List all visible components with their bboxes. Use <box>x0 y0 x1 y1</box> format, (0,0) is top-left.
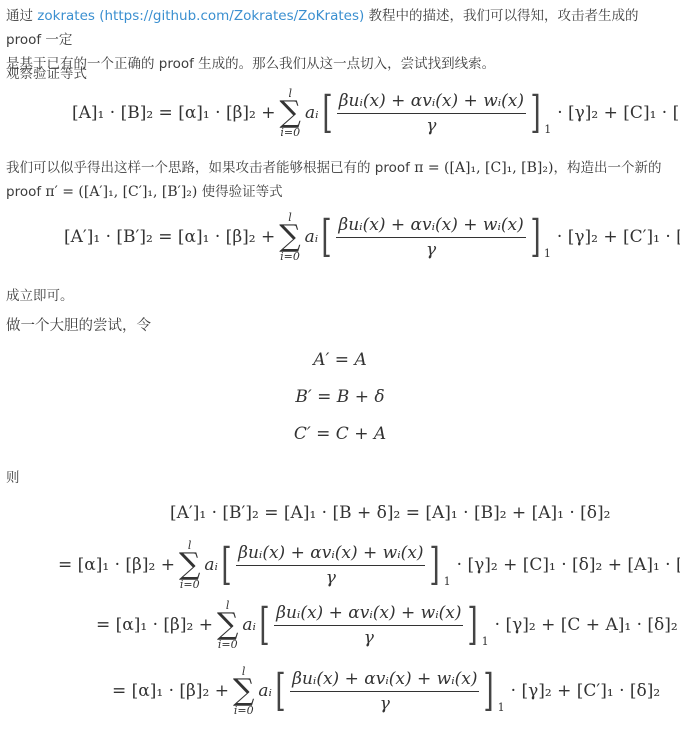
derivation-line-3: = [α]₁ · [β]₂ + l ∑ i=0 aᵢ [ βuᵢ(x) + αv… <box>96 600 678 650</box>
bracket-subscript: 1 <box>544 247 551 260</box>
zokrates-link[interactable]: zokrates <box>37 8 95 24</box>
idea-text1-end: ，构造出一个新的 <box>553 160 661 176</box>
bracket-subscript: 1 <box>544 123 551 136</box>
sum-lower: i=0 <box>180 579 200 590</box>
left-bracket: [ <box>322 91 332 135</box>
right-bracket: ] <box>484 669 494 713</box>
derivation-line-1: [A′]₁ · [B′]₂ = [A]₁ · [B + δ]₂ = [A]₁ ·… <box>170 503 610 523</box>
derivation-line-2: = [α]₁ · [β]₂ + l ∑ i=0 aᵢ [ βuᵢ(x) + αv… <box>58 540 680 590</box>
line4-rhs: · [γ]₂ + [C′]₁ · [δ]₂ <box>511 681 661 701</box>
idea-text2-end: 使得验证等式 <box>197 184 282 200</box>
attempt-label: 做一个大胆的尝试，令 <box>6 314 676 338</box>
verification-equation: [A]₁ · [B]₂ = [α]₁ · [β]₂ + l ∑ i=0 aᵢ [… <box>72 88 680 138</box>
bracket-subscript: 1 <box>444 575 451 588</box>
coefficient: aᵢ <box>258 681 272 701</box>
summation: l ∑ i=0 <box>280 88 301 138</box>
left-bracket: [ <box>259 603 269 647</box>
proof-pi-prime: π′ = ([A′]₁, [C′]₁, [B′]₂) <box>45 184 197 200</box>
bracket-subscript: 1 <box>482 635 489 648</box>
derivation-line-4: = [α]₁ · [β]₂ + l ∑ i=0 aᵢ [ βuᵢ(x) + αv… <box>112 666 660 716</box>
assignment-b: B′ = B + δ <box>0 387 680 407</box>
then-label: 则 <box>6 466 676 490</box>
coefficient: aᵢ <box>305 103 319 123</box>
denominator: γ <box>426 238 436 260</box>
proof-pi: π = ([A]₁, [C]₁, [B]₂) <box>414 160 553 176</box>
right-bracket: ] <box>430 543 440 587</box>
coefficient: aᵢ <box>305 227 319 247</box>
line3-lhs: = [α]₁ · [β]₂ + <box>96 615 213 635</box>
left-bracket: [ <box>275 669 285 713</box>
line2-rhs: · [γ]₂ + [C]₁ · [δ]₂ + [A]₁ · [δ]₂ <box>457 555 680 575</box>
denominator: γ <box>380 692 390 714</box>
sum-lower: i=0 <box>280 251 300 262</box>
eq2-lhs: [A′]₁ · [B′]₂ = [α]₁ · [β]₂ + <box>64 227 275 247</box>
summation: l ∑ i=0 <box>179 540 200 590</box>
sum-lower: i=0 <box>218 639 238 650</box>
sum-lower: i=0 <box>280 127 300 138</box>
fraction: βuᵢ(x) + αvᵢ(x) + wᵢ(x) γ <box>290 669 479 714</box>
sigma-symbol: ∑ <box>233 677 254 705</box>
left-bracket: [ <box>221 543 231 587</box>
bracket-subscript: 1 <box>498 701 505 714</box>
numerator: βuᵢ(x) + αvᵢ(x) + wᵢ(x) <box>236 543 425 566</box>
idea-paragraph: 我们可以似乎得出这样一个思路，如果攻击者能够根据已有的 proof π = ([… <box>6 156 676 204</box>
zokrates-github-link[interactable]: (https://github.com/Zokrates/ZoKrates) <box>99 8 364 24</box>
numerator: βuᵢ(x) + αvᵢ(x) + wᵢ(x) <box>336 215 525 238</box>
right-bracket: ] <box>530 215 540 259</box>
denominator: γ <box>426 114 436 136</box>
sigma-symbol: ∑ <box>217 611 238 639</box>
summation: l ∑ i=0 <box>217 600 238 650</box>
fraction: βuᵢ(x) + αvᵢ(x) + wᵢ(x) γ <box>236 543 425 588</box>
sigma-symbol: ∑ <box>179 551 200 579</box>
sigma-symbol: ∑ <box>280 99 301 127</box>
fraction: βuᵢ(x) + αvᵢ(x) + wᵢ(x) γ <box>274 603 463 648</box>
line3-rhs: · [γ]₂ + [C + A]₁ · [δ]₂ <box>495 615 678 635</box>
holds-label: 成立即可。 <box>6 284 676 308</box>
line2-lhs: = [α]₁ · [β]₂ + <box>58 555 175 575</box>
right-bracket: ] <box>530 91 540 135</box>
summation: l ∑ i=0 <box>279 212 300 262</box>
denominator: γ <box>364 626 374 648</box>
coefficient: aᵢ <box>242 615 256 635</box>
fraction: βuᵢ(x) + αvᵢ(x) + wᵢ(x) γ <box>336 215 525 260</box>
target-equation: [A′]₁ · [B′]₂ = [α]₁ · [β]₂ + l ∑ i=0 aᵢ… <box>64 212 680 262</box>
eq1-lhs: [A]₁ · [B]₂ = [α]₁ · [β]₂ + <box>72 103 276 123</box>
assignment-a: A′ = A <box>0 350 680 370</box>
idea-text2: proof <box>6 184 45 200</box>
assignment-c: C′ = C + A <box>0 424 680 444</box>
numerator: βuᵢ(x) + αvᵢ(x) + wᵢ(x) <box>290 669 479 692</box>
eq1-rhs: · [γ]₂ + [C]₁ · [δ]₂ <box>557 103 680 123</box>
numerator: βuᵢ(x) + αvᵢ(x) + wᵢ(x) <box>337 91 526 114</box>
sum-lower: i=0 <box>234 705 254 716</box>
intro-prefix: 通过 <box>6 8 37 24</box>
left-bracket: [ <box>322 215 332 259</box>
denominator: γ <box>326 566 336 588</box>
fraction: βuᵢ(x) + αvᵢ(x) + wᵢ(x) γ <box>337 91 526 136</box>
summation: l ∑ i=0 <box>233 666 254 716</box>
line4-lhs: = [α]₁ · [β]₂ + <box>112 681 229 701</box>
coefficient: aᵢ <box>204 555 218 575</box>
numerator: βuᵢ(x) + αvᵢ(x) + wᵢ(x) <box>274 603 463 626</box>
right-bracket: ] <box>468 603 478 647</box>
idea-text1: 我们可以似乎得出这样一个思路，如果攻击者能够根据已有的 proof <box>6 160 414 176</box>
sigma-symbol: ∑ <box>279 223 300 251</box>
observe-label: 观察验证等式 <box>6 62 676 86</box>
eq2-rhs: · [γ]₂ + [C′]₁ · [δ]₂ <box>557 227 680 247</box>
